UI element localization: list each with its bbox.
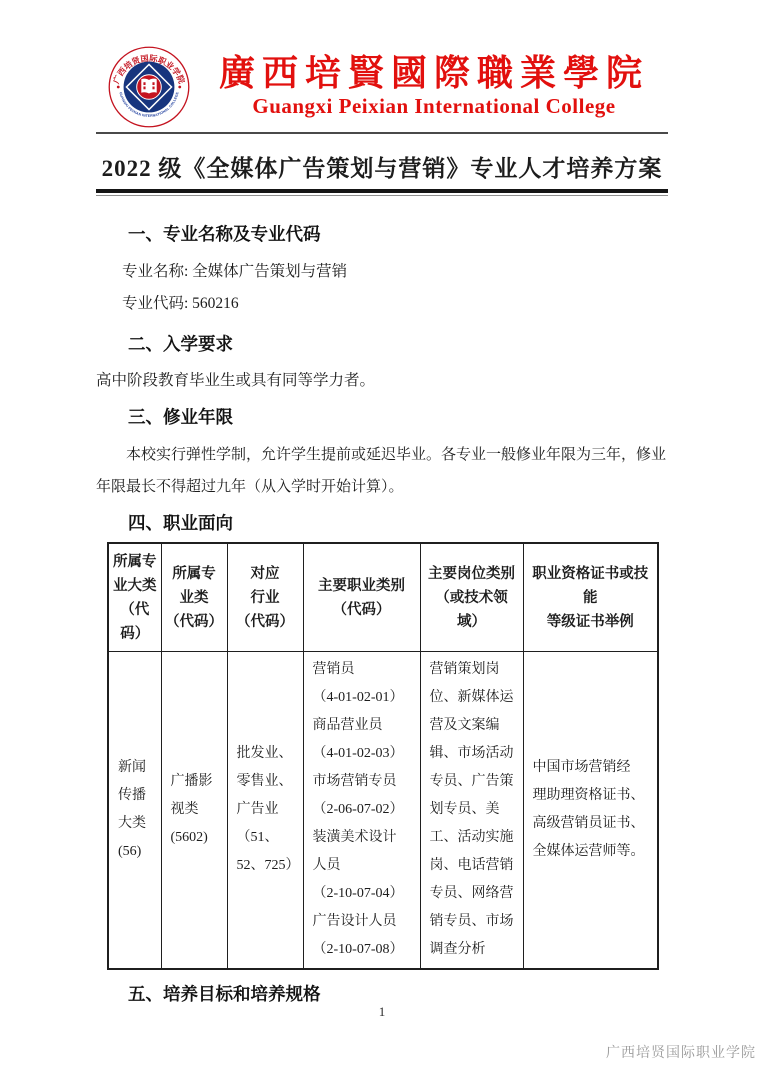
- major-code-line: 专业代码: 560216: [122, 293, 668, 315]
- title-divider: [96, 189, 668, 196]
- table-cell: 广播影 视类 (5602): [161, 652, 227, 970]
- career-orientation-table: 所属专 业大类 （代 码） 所属专 业类 （代码） 对应 行业 （代码） 主要职…: [107, 542, 659, 970]
- section-heading-1: 一、专业名称及专业代码: [128, 222, 668, 246]
- table-header-cell: 主要职业类别 （代码）: [303, 543, 420, 652]
- college-name-zh: 廣西培賢國際職業學院: [200, 55, 668, 93]
- study-duration-paragraph: 本校实行弹性学制，允许学生提前或延迟毕业。各专业一般修业年限为三年，修业 年限最…: [96, 439, 668, 503]
- document-page: 广西培贤国际职业学院 GUANGXI PEIXIAN INTERNATIONAL…: [0, 0, 764, 1080]
- college-name-en: Guangxi Peixian International College: [200, 94, 668, 119]
- footer-watermark: 广西培贤国际职业学院: [606, 1042, 756, 1062]
- major-name-line: 专业名称: 全媒体广告策划与营销: [122, 261, 668, 283]
- seal-star-right: [178, 86, 181, 89]
- section-heading-4: 四、职业面向: [128, 511, 668, 535]
- table-cell: 批发业、 零售业、 广告业 （51、 52、725）: [227, 652, 303, 970]
- section-heading-2: 二、入学要求: [128, 332, 668, 356]
- table-header-cell: 所属专 业大类 （代 码）: [108, 543, 161, 652]
- table-cell: 营销员 （4-01-02-01） 商品营业员 （4-01-02-03） 市场营销…: [303, 652, 420, 970]
- college-names: 廣西培賢國際職業學院 Guangxi Peixian International…: [200, 55, 668, 120]
- college-letterhead: 广西培贤国际职业学院 GUANGXI PEIXIAN INTERNATIONAL…: [96, 44, 668, 130]
- table-cell: 新闻 传播 大类 (56): [108, 652, 161, 970]
- table-cell: 中国市场营销经 理助理资格证书、 高级营销员证书、 全媒体运营师等。: [523, 652, 658, 970]
- section-heading-3: 三、修业年限: [128, 405, 668, 429]
- admission-requirement-line: 高中阶段教育毕业生或具有同等学力者。: [96, 370, 668, 392]
- open-book-icon: [141, 79, 156, 94]
- college-seal-icon: 广西培贤国际职业学院 GUANGXI PEIXIAN INTERNATIONAL…: [108, 46, 190, 128]
- table-row: 新闻 传播 大类 (56) 广播影 视类 (5602) 批发业、 零售业、 广告…: [108, 652, 658, 970]
- table-header-row: 所属专 业大类 （代 码） 所属专 业类 （代码） 对应 行业 （代码） 主要职…: [108, 543, 658, 652]
- table-header-cell: 所属专 业类 （代码）: [161, 543, 227, 652]
- table-cell: 营销策划岗 位、新媒体运 营及文案编 辑、市场活动 专员、广告策 划专员、美 工…: [420, 652, 523, 970]
- letterhead-divider: [96, 132, 668, 134]
- seal-star-left: [117, 86, 120, 89]
- section-heading-5: 五、培养目标和培养规格: [128, 982, 668, 1006]
- document-title: 2022 级《全媒体广告策划与营销》专业人才培养方案: [96, 150, 668, 183]
- college-seal-icon: 广西培贤国际职业学院 GUANGXI PEIXIAN INTERNATIONAL…: [108, 46, 190, 128]
- table-header-cell: 主要岗位类别 （或技术领 域）: [420, 543, 523, 652]
- table-header-cell: 对应 行业 （代码）: [227, 543, 303, 652]
- table-header-cell: 职业资格证书或技能 等级证书举例: [523, 543, 658, 652]
- page-number: 1: [0, 1004, 764, 1020]
